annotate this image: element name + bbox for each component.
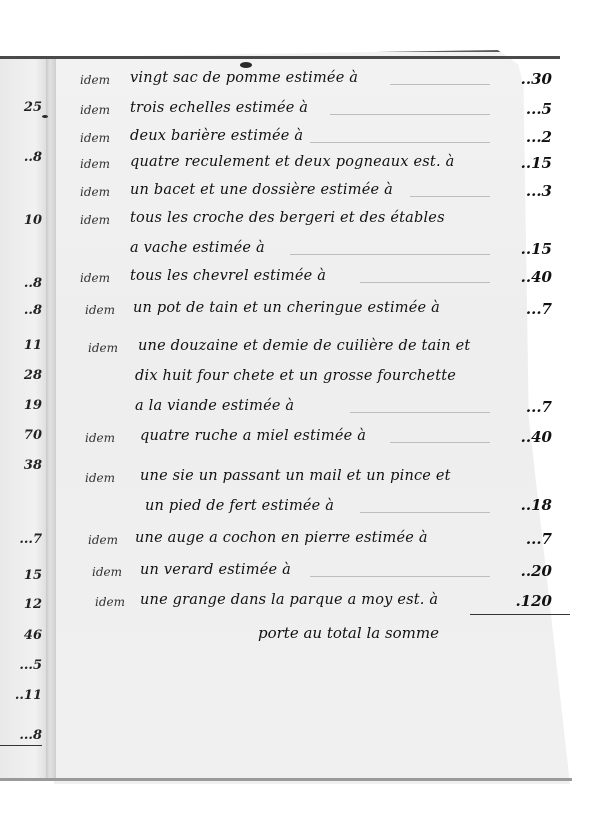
entry-description: une sie un passant un mail et un pince e… [140,468,451,484]
entry-amount: ..15 [492,240,552,258]
entry-description: vingt sac de pomme estimée à [130,70,358,86]
total-line: porte au total la somme [258,624,439,642]
entry-description: tous les chevrel estimée à [130,268,326,284]
entry-prefix: idem [80,271,110,285]
entry-amount: ...2 [492,128,552,146]
inventory-entry: idem une sie un passant un mail et un pi… [0,468,560,528]
inventory-entry: idem vingt sac de pomme estimée à ..30 [0,70,560,100]
page-top-edge [0,56,560,59]
entry-prefix: idem [85,471,115,485]
entry-description-continued: dix huit four chete et un grosse fourche… [135,368,456,384]
entry-description: tous les croche des bergeri et des établ… [130,210,445,226]
inventory-entry: idem tous les chevrel estimée à ..40 [0,268,560,298]
entry-amount: ...7 [492,530,552,548]
fill-dash [410,196,490,197]
total-rule [470,614,570,615]
entry-prefix: idem [80,213,110,227]
entry-prefix: idem [80,185,110,199]
entry-description: quatre ruche a miel estimée à [140,428,366,444]
entry-prefix: idem [85,303,115,317]
entry-description: un pot de tain et un cheringue estimée à [133,300,440,316]
entry-description-continued: a vache estimée à [130,240,265,256]
entry-amount: ..20 [492,562,552,580]
entry-prefix: idem [95,595,125,609]
entry-description: deux barière estimée à [130,128,303,144]
entry-prefix: idem [92,565,122,579]
entry-description-continued: un pied de fert estimée à [145,498,334,514]
fill-dash [390,442,490,443]
entry-prefix: idem [85,431,115,445]
entry-prefix: idem [80,157,110,171]
inventory-entry: idem une douzaine et demie de cuilière d… [0,338,560,434]
fill-dash [360,282,490,283]
inventory-entry: idem un pot de tain et un cheringue esti… [0,300,560,330]
entry-description: un verard estimée à [140,562,291,578]
facing-amount: ...5 [2,658,42,673]
facing-amount: ..11 [2,688,42,703]
entry-description: une grange dans la parque a moy est. à [140,592,438,608]
entry-amount: ..18 [492,496,552,514]
ink-smudge [240,62,252,68]
entry-prefix: idem [80,131,110,145]
fill-dash [350,412,490,413]
entry-amount: ...7 [492,398,552,416]
inventory-entry: idem un bacet et une dossière estimée à … [0,182,560,212]
entry-prefix: idem [80,73,110,87]
entry-description: une douzaine et demie de cuilière de tai… [138,338,470,354]
inventory-entry: idem quatre ruche a miel estimée à ..40 [0,428,560,458]
entry-amount: ..40 [492,428,552,446]
facing-total-rule [0,745,42,746]
inventory-entry: idem une auge a cochon en pierre estimée… [0,530,560,560]
inventory-entry: idem quatre reculement et deux pogneaux … [0,154,560,184]
entry-prefix: idem [88,341,118,355]
facing-amount: 46 [2,628,42,643]
scanned-manuscript: 25 ..8 10 ..8 ..8 11 28 19 70 38 ...7 15… [0,0,609,839]
page-bottom-edge [0,778,572,781]
fill-dash [290,254,490,255]
entry-amount: ...7 [492,300,552,318]
entry-description: quatre reculement et deux pogneaux est. … [130,154,454,170]
fill-dash [360,512,490,513]
inventory-entry: idem trois echelles estimée à ...5 [0,100,560,130]
facing-amount: ...8 [2,728,42,743]
entry-amount: ..30 [492,70,552,88]
fill-dash [390,84,490,85]
entry-amount: .120 [492,592,552,610]
entry-amount: ..40 [492,268,552,286]
entry-prefix: idem [80,103,110,117]
entry-prefix: idem [88,533,118,547]
entry-description: trois echelles estimée à [130,100,308,116]
entry-description-continued: a la viande estimée à [135,398,294,414]
entry-description: une auge a cochon en pierre estimée à [135,530,428,546]
inventory-entry: idem une grange dans la parque a moy est… [0,592,560,622]
entry-amount: ..15 [492,154,552,172]
inventory-entry: idem tous les croche des bergeri et des … [0,210,560,270]
entry-amount: ...3 [492,182,552,200]
fill-dash [310,142,490,143]
fill-dash [310,576,490,577]
entry-amount: ...5 [492,100,552,118]
entry-description: un bacet et une dossière estimée à [130,182,393,198]
inventory-entry: idem un verard estimée à ..20 [0,562,560,592]
fill-dash [330,114,490,115]
